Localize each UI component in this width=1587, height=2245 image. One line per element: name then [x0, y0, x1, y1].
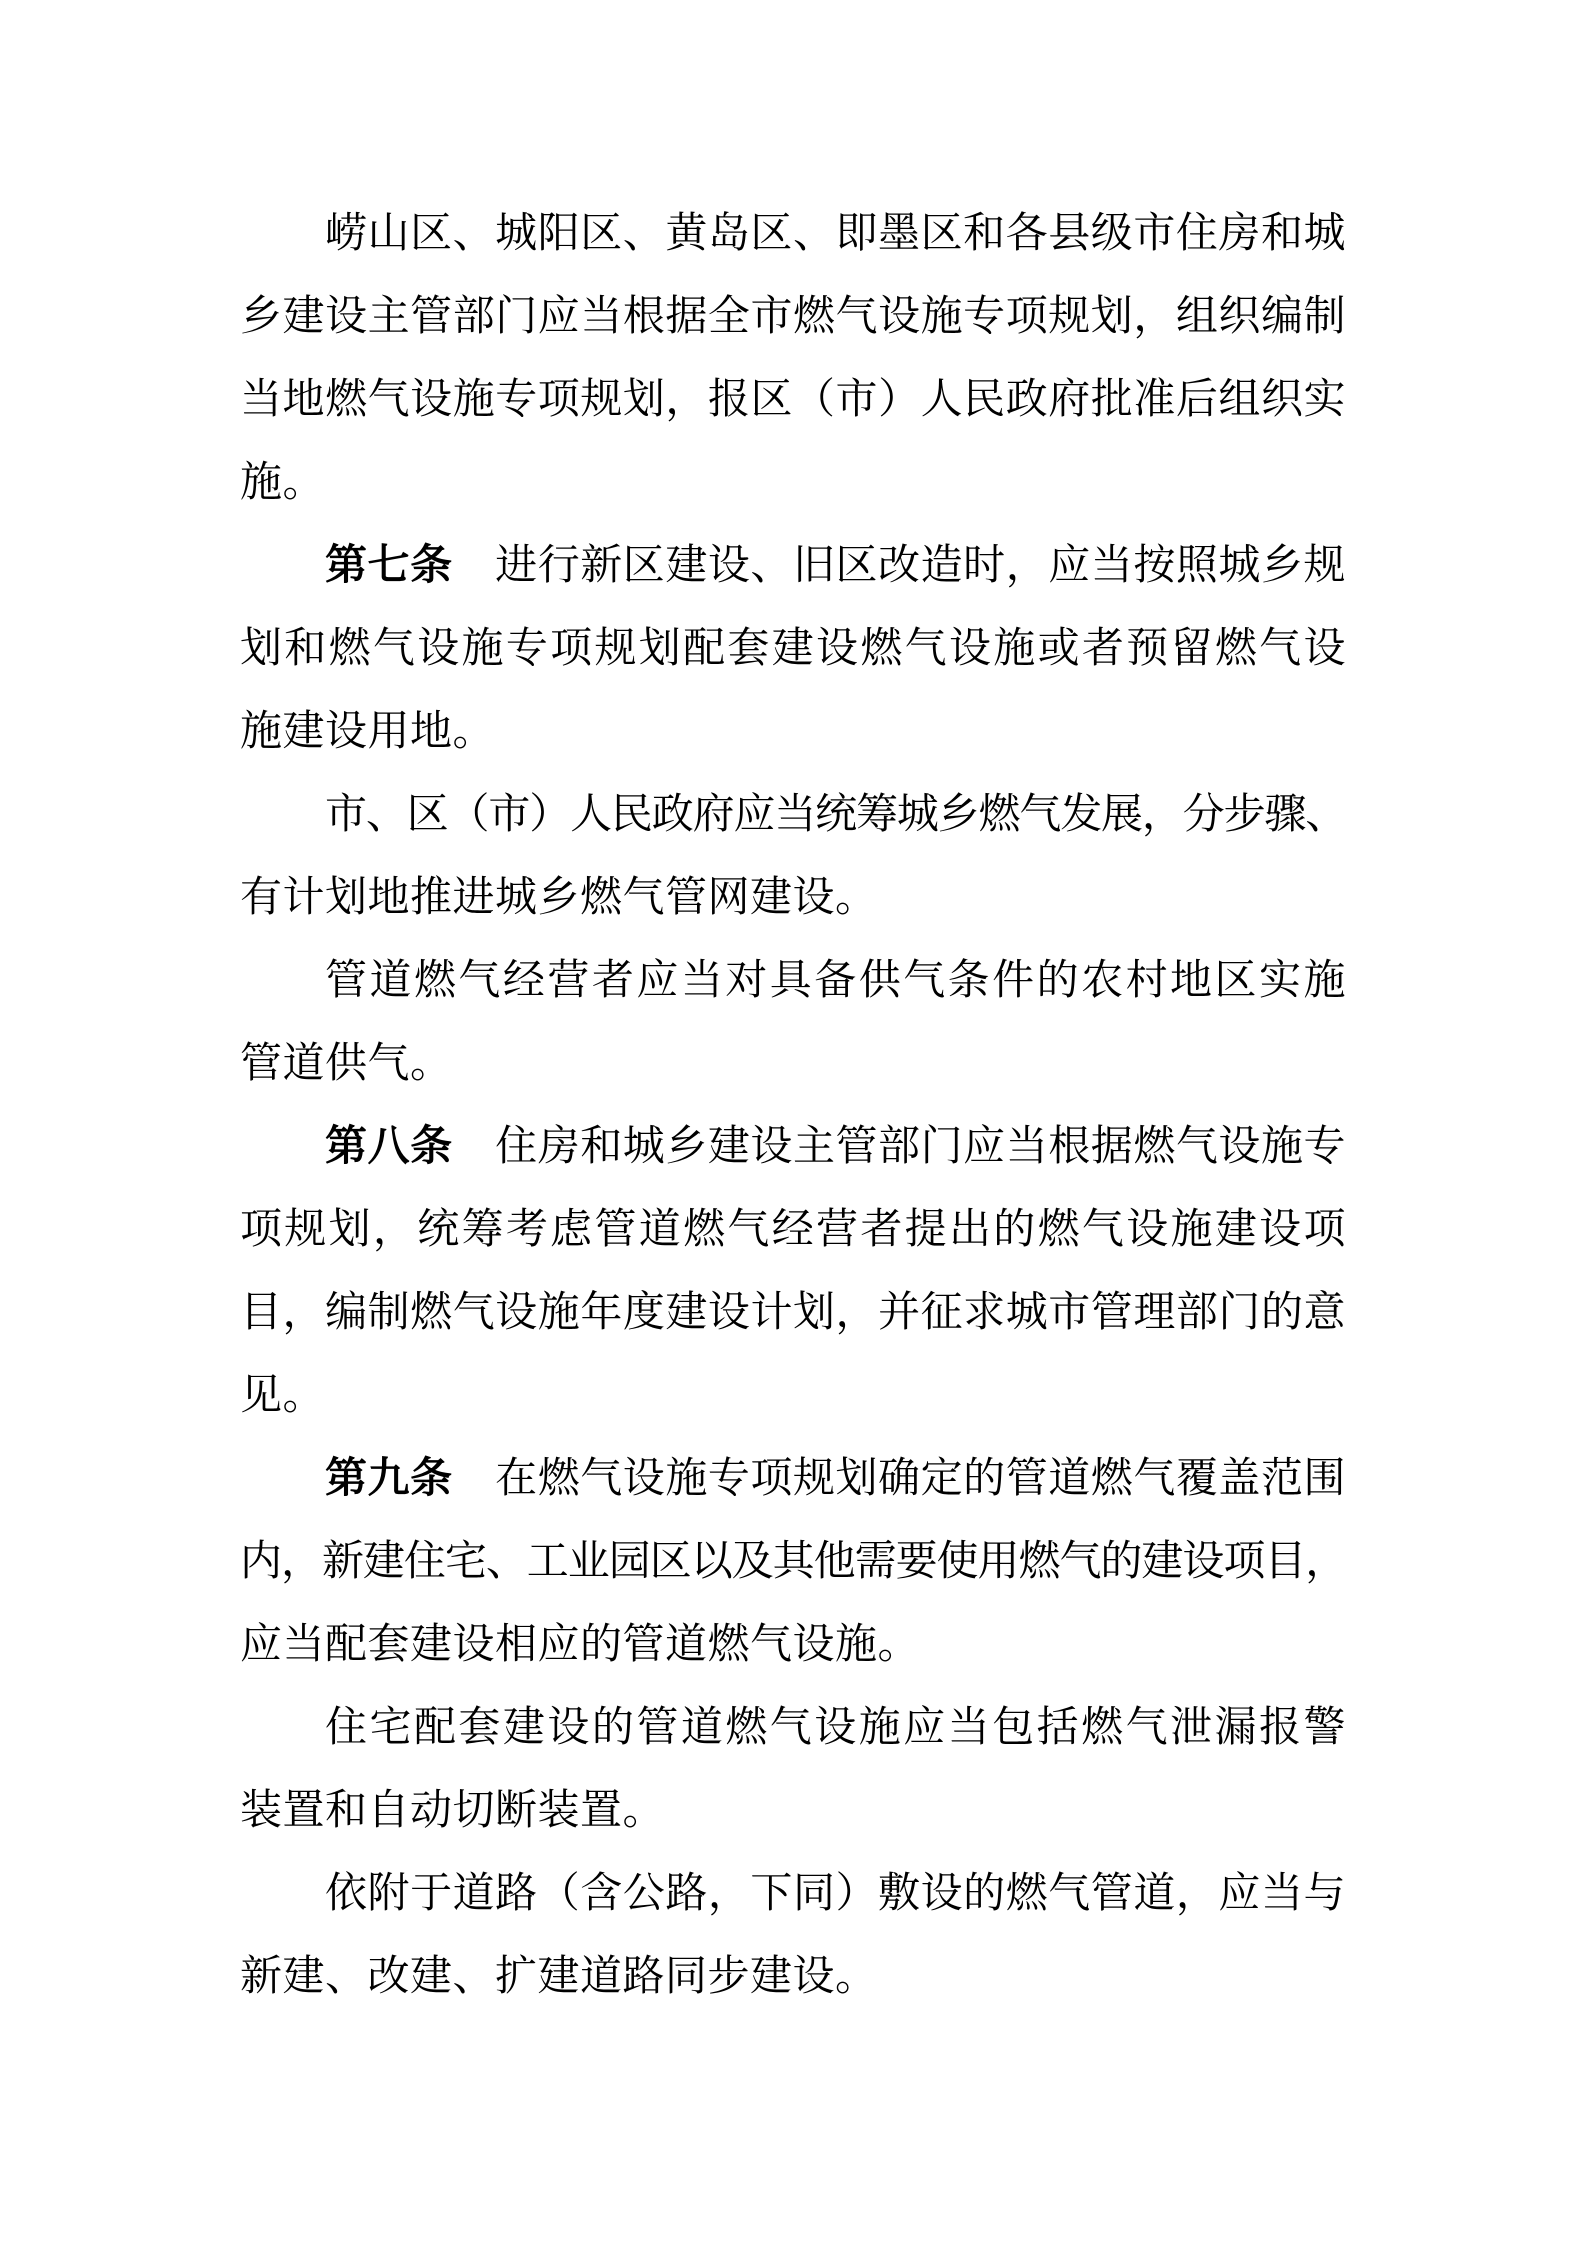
text-line-13: 项规划，统筹考虑管道燃气经营者提出的燃气设施建设项 — [240, 1189, 1346, 1272]
line-text: 划和燃气设施专项规划配套建设燃气设施或者预留燃气设 — [240, 626, 1346, 672]
line-text: 乡建设主管部门应当根据全市燃气设施专项规划，组织编制 — [240, 294, 1346, 340]
article-number: 第九条 — [325, 1456, 453, 1502]
article-number: 第八条 — [325, 1124, 453, 1170]
text-line-10: 管道燃气经营者应当对具备供气条件的农村地区实施 — [240, 940, 1346, 1023]
text-line-4: 施。 — [240, 442, 1346, 525]
text-line-8: 市、区（市）人民政府应当统筹城乡燃气发展，分步骤、 — [240, 774, 1346, 857]
document-body-text: 崂山区、城阳区、黄岛区、即墨区和各县级市住房和城乡建设主管部门应当根据全市燃气设… — [240, 193, 1346, 2019]
text-line-21: 依附于道路（含公路，下同）敷设的燃气管道，应当与 — [240, 1853, 1346, 1936]
line-text: 目，编制燃气设施年度建设计划，并征求城市管理部门的意 — [240, 1290, 1346, 1336]
text-line-16: 第九条 在燃气设施专项规划确定的管道燃气覆盖范围 — [240, 1438, 1346, 1521]
text-line-14: 目，编制燃气设施年度建设计划，并征求城市管理部门的意 — [240, 1272, 1346, 1355]
text-line-9: 有计划地推进城乡燃气管网建设。 — [240, 857, 1346, 940]
line-text: 内，新建住宅、工业园区以及其他需要使用燃气的建设项目， — [240, 1539, 1346, 1585]
line-text: 新建、改建、扩建道路同步建设。 — [240, 1954, 878, 2000]
text-line-5: 第七条 进行新区建设、旧区改造时，应当按照城乡规 — [240, 525, 1346, 608]
text-line-3: 当地燃气设施专项规划，报区（市）人民政府批准后组织实 — [240, 359, 1346, 442]
text-line-20: 装置和自动切断装置。 — [240, 1770, 1346, 1853]
line-text: 在燃气设施专项规划确定的管道燃气覆盖范围 — [453, 1456, 1346, 1502]
line-text: 项规划，统筹考虑管道燃气经营者提出的燃气设施建设项 — [240, 1207, 1346, 1253]
text-line-18: 应当配套建设相应的管道燃气设施。 — [240, 1604, 1346, 1687]
text-line-19: 住宅配套建设的管道燃气设施应当包括燃气泄漏报警 — [240, 1687, 1346, 1770]
line-text: 见。 — [240, 1373, 325, 1419]
text-line-22: 新建、改建、扩建道路同步建设。 — [240, 1936, 1346, 2019]
text-line-17: 内，新建住宅、工业园区以及其他需要使用燃气的建设项目， — [240, 1521, 1346, 1604]
line-text: 应当配套建设相应的管道燃气设施。 — [240, 1622, 920, 1668]
line-text: 进行新区建设、旧区改造时，应当按照城乡规 — [453, 543, 1346, 589]
text-line-2: 乡建设主管部门应当根据全市燃气设施专项规划，组织编制 — [240, 276, 1346, 359]
line-text: 管道供气。 — [240, 1041, 453, 1087]
line-text: 施建设用地。 — [240, 709, 495, 755]
text-line-1: 崂山区、城阳区、黄岛区、即墨区和各县级市住房和城 — [240, 193, 1346, 276]
line-text: 有计划地推进城乡燃气管网建设。 — [240, 875, 878, 921]
article-number: 第七条 — [325, 543, 453, 589]
line-text: 崂山区、城阳区、黄岛区、即墨区和各县级市住房和城 — [325, 211, 1346, 257]
line-text: 施。 — [240, 460, 325, 506]
text-line-12: 第八条 住房和城乡建设主管部门应当根据燃气设施专 — [240, 1106, 1346, 1189]
document-page: 崂山区、城阳区、黄岛区、即墨区和各县级市住房和城乡建设主管部门应当根据全市燃气设… — [0, 0, 1587, 2245]
text-line-15: 见。 — [240, 1355, 1346, 1438]
line-text: 依附于道路（含公路，下同）敷设的燃气管道，应当与 — [325, 1871, 1346, 1917]
line-text: 当地燃气设施专项规划，报区（市）人民政府批准后组织实 — [240, 377, 1346, 423]
line-text: 管道燃气经营者应当对具备供气条件的农村地区实施 — [325, 958, 1346, 1004]
line-text: 住房和城乡建设主管部门应当根据燃气设施专 — [453, 1124, 1346, 1170]
text-line-6: 划和燃气设施专项规划配套建设燃气设施或者预留燃气设 — [240, 608, 1346, 691]
text-line-7: 施建设用地。 — [240, 691, 1346, 774]
line-text: 住宅配套建设的管道燃气设施应当包括燃气泄漏报警 — [325, 1705, 1346, 1751]
line-text: 装置和自动切断装置。 — [240, 1788, 665, 1834]
line-text: 市、区（市）人民政府应当统筹城乡燃气发展，分步骤、 — [325, 792, 1346, 838]
text-line-11: 管道供气。 — [240, 1023, 1346, 1106]
